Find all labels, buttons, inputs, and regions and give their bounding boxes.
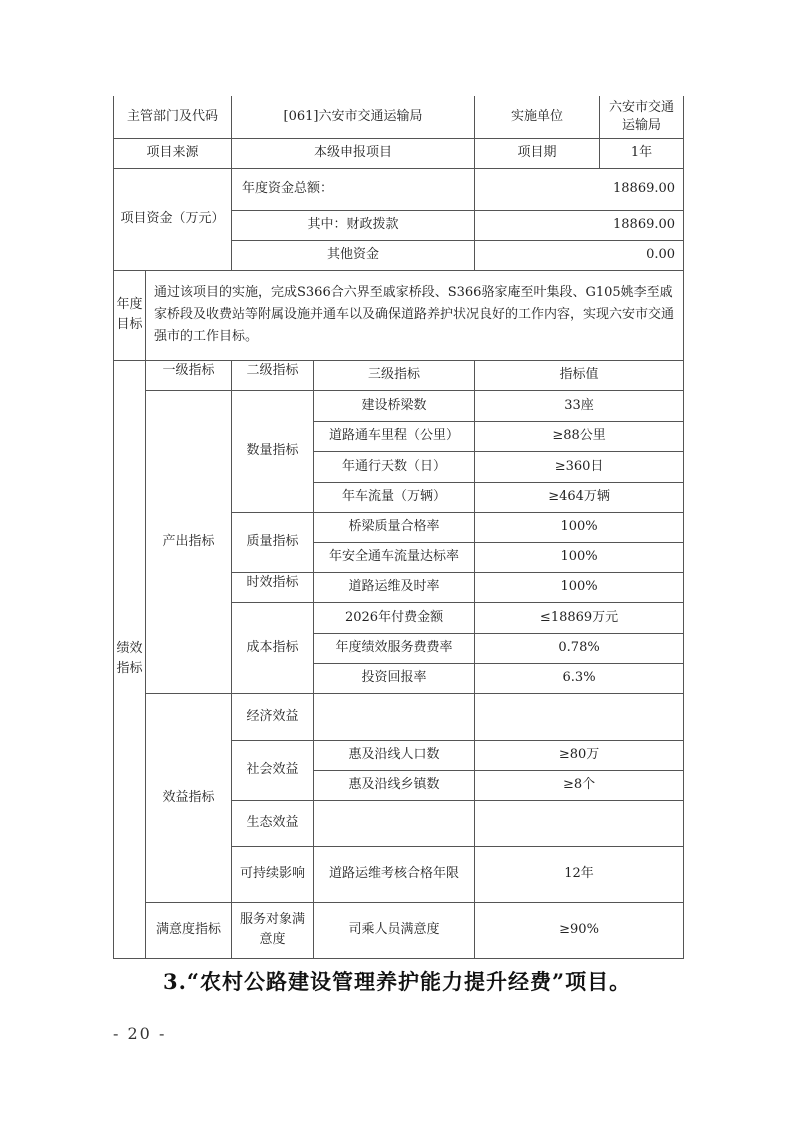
indicator-value: 6.3% (475, 663, 684, 693)
table-row: 产出指标 数量指标 建设桥梁数 33座 (114, 390, 684, 421)
indicator-name: 投资回报率 (314, 663, 475, 693)
period-label: 项目期 (475, 138, 600, 168)
indicator-name: 道路通车里程（公里） (314, 421, 475, 451)
funds-fiscal-value: 18869.00 (475, 210, 684, 240)
funds-label: 项目资金（万元） (114, 168, 232, 270)
indicator-name: 年安全通车流量达标率 (314, 542, 475, 572)
indicator-name: 司乘人员满意度 (314, 902, 475, 958)
funds-other-label: 其他资金 (232, 240, 475, 270)
cost-label: 成本指标 (232, 602, 314, 693)
indicator-value: ≥360日 (475, 451, 684, 482)
funds-total-label: 年度资金总额： (232, 168, 475, 210)
indicator-value: ≥464万辆 (475, 482, 684, 512)
benefit-label: 效益指标 (146, 693, 232, 902)
header-value: 指标值 (475, 360, 684, 390)
indicator-value: ≥88公里 (475, 421, 684, 451)
dept-row: 主管部门及代码 [061]六安市交通运输局 实施单位 六安市交通运输局 (114, 96, 684, 138)
indicator-name: 2026年付费金额 (314, 602, 475, 633)
header-level1: 一级指标 (146, 360, 232, 390)
indicator-value: 100% (475, 572, 684, 602)
dept-label: 主管部门及代码 (114, 96, 232, 138)
indicator-value: ≤18869万元 (475, 602, 684, 633)
indicator-name: 建设桥梁数 (314, 390, 475, 421)
satisfaction-label: 满意度指标 (146, 902, 232, 958)
source-value: 本级申报项目 (232, 138, 475, 168)
page-number: - 20 - (113, 1024, 166, 1043)
quantity-label: 数量指标 (232, 390, 314, 512)
table-row: 满意度指标 服务对象满意度 司乘人员满意度 ≥90% (114, 902, 684, 958)
ecological-label: 生态效益 (232, 800, 314, 846)
impl-value: 六安市交通运输局 (600, 96, 684, 138)
social-label: 社会效益 (232, 740, 314, 800)
indicator-value: 100% (475, 512, 684, 542)
indicator-name: 惠及沿线乡镇数 (314, 770, 475, 800)
table-row: 效益指标 经济效益 (114, 693, 684, 740)
goal-row: 年度目标 通过该项目的实施，完成S366合六界至戚家桥段、S366骆家庵至叶集段… (114, 270, 684, 360)
document-page: 主管部门及代码 [061]六安市交通运输局 实施单位 六安市交通运输局 项目来源… (0, 0, 793, 1122)
economic-label: 经济效益 (232, 693, 314, 740)
indicator-value: 0.78% (475, 633, 684, 663)
indicator-value: 100% (475, 542, 684, 572)
indicator-value: ≥90% (475, 902, 684, 958)
indicator-name: 道路运维及时率 (314, 572, 475, 602)
funds-total-value: 18869.00 (475, 168, 684, 210)
output-label: 产出指标 (146, 390, 232, 693)
goal-label: 年度目标 (114, 270, 146, 360)
indicator-value: 33座 (475, 390, 684, 421)
period-value: 1年 (600, 138, 684, 168)
indicator-name: 惠及沿线人口数 (314, 740, 475, 770)
indicator-value: ≥80万 (475, 740, 684, 770)
indicator-header-row: 绩效指标 一级指标 二级指标 三级指标 指标值 (114, 360, 684, 390)
source-label: 项目来源 (114, 138, 232, 168)
performance-table: 主管部门及代码 [061]六安市交通运输局 实施单位 六安市交通运输局 项目来源… (113, 96, 684, 959)
indicator-value (475, 693, 684, 740)
indicator-name (314, 800, 475, 846)
indicator-value (475, 800, 684, 846)
source-row: 项目来源 本级申报项目 项目期 1年 (114, 138, 684, 168)
header-level3: 三级指标 (314, 360, 475, 390)
funds-row-total: 项目资金（万元） 年度资金总额： 18869.00 (114, 168, 684, 210)
indicator-value: 12年 (475, 846, 684, 902)
indicator-name: 年度绩效服务费费率 (314, 633, 475, 663)
impl-label: 实施单位 (475, 96, 600, 138)
sustainable-label: 可持续影响 (232, 846, 314, 902)
timeliness-label: 时效指标 (232, 572, 314, 602)
satisfaction-sub-label: 服务对象满意度 (232, 902, 314, 958)
funds-fiscal-label: 其中：财政拨款 (232, 210, 475, 240)
header-level2: 二级指标 (232, 360, 314, 390)
indicator-value: ≥8个 (475, 770, 684, 800)
dept-value: [061]六安市交通运输局 (232, 96, 475, 138)
indicator-name (314, 693, 475, 740)
indicator-name: 年通行天数（日） (314, 451, 475, 482)
indicator-name: 道路运维考核合格年限 (314, 846, 475, 902)
goal-text: 通过该项目的实施，完成S366合六界至戚家桥段、S366骆家庵至叶集段、G105… (146, 270, 684, 360)
section-heading: 3.“农村公路建设管理养护能力提升经费”项目。 (163, 966, 631, 996)
indicator-name: 桥梁质量合格率 (314, 512, 475, 542)
perf-label: 绩效指标 (114, 360, 146, 958)
quality-label: 质量指标 (232, 512, 314, 572)
funds-other-value: 0.00 (475, 240, 684, 270)
indicator-name: 年车流量（万辆） (314, 482, 475, 512)
